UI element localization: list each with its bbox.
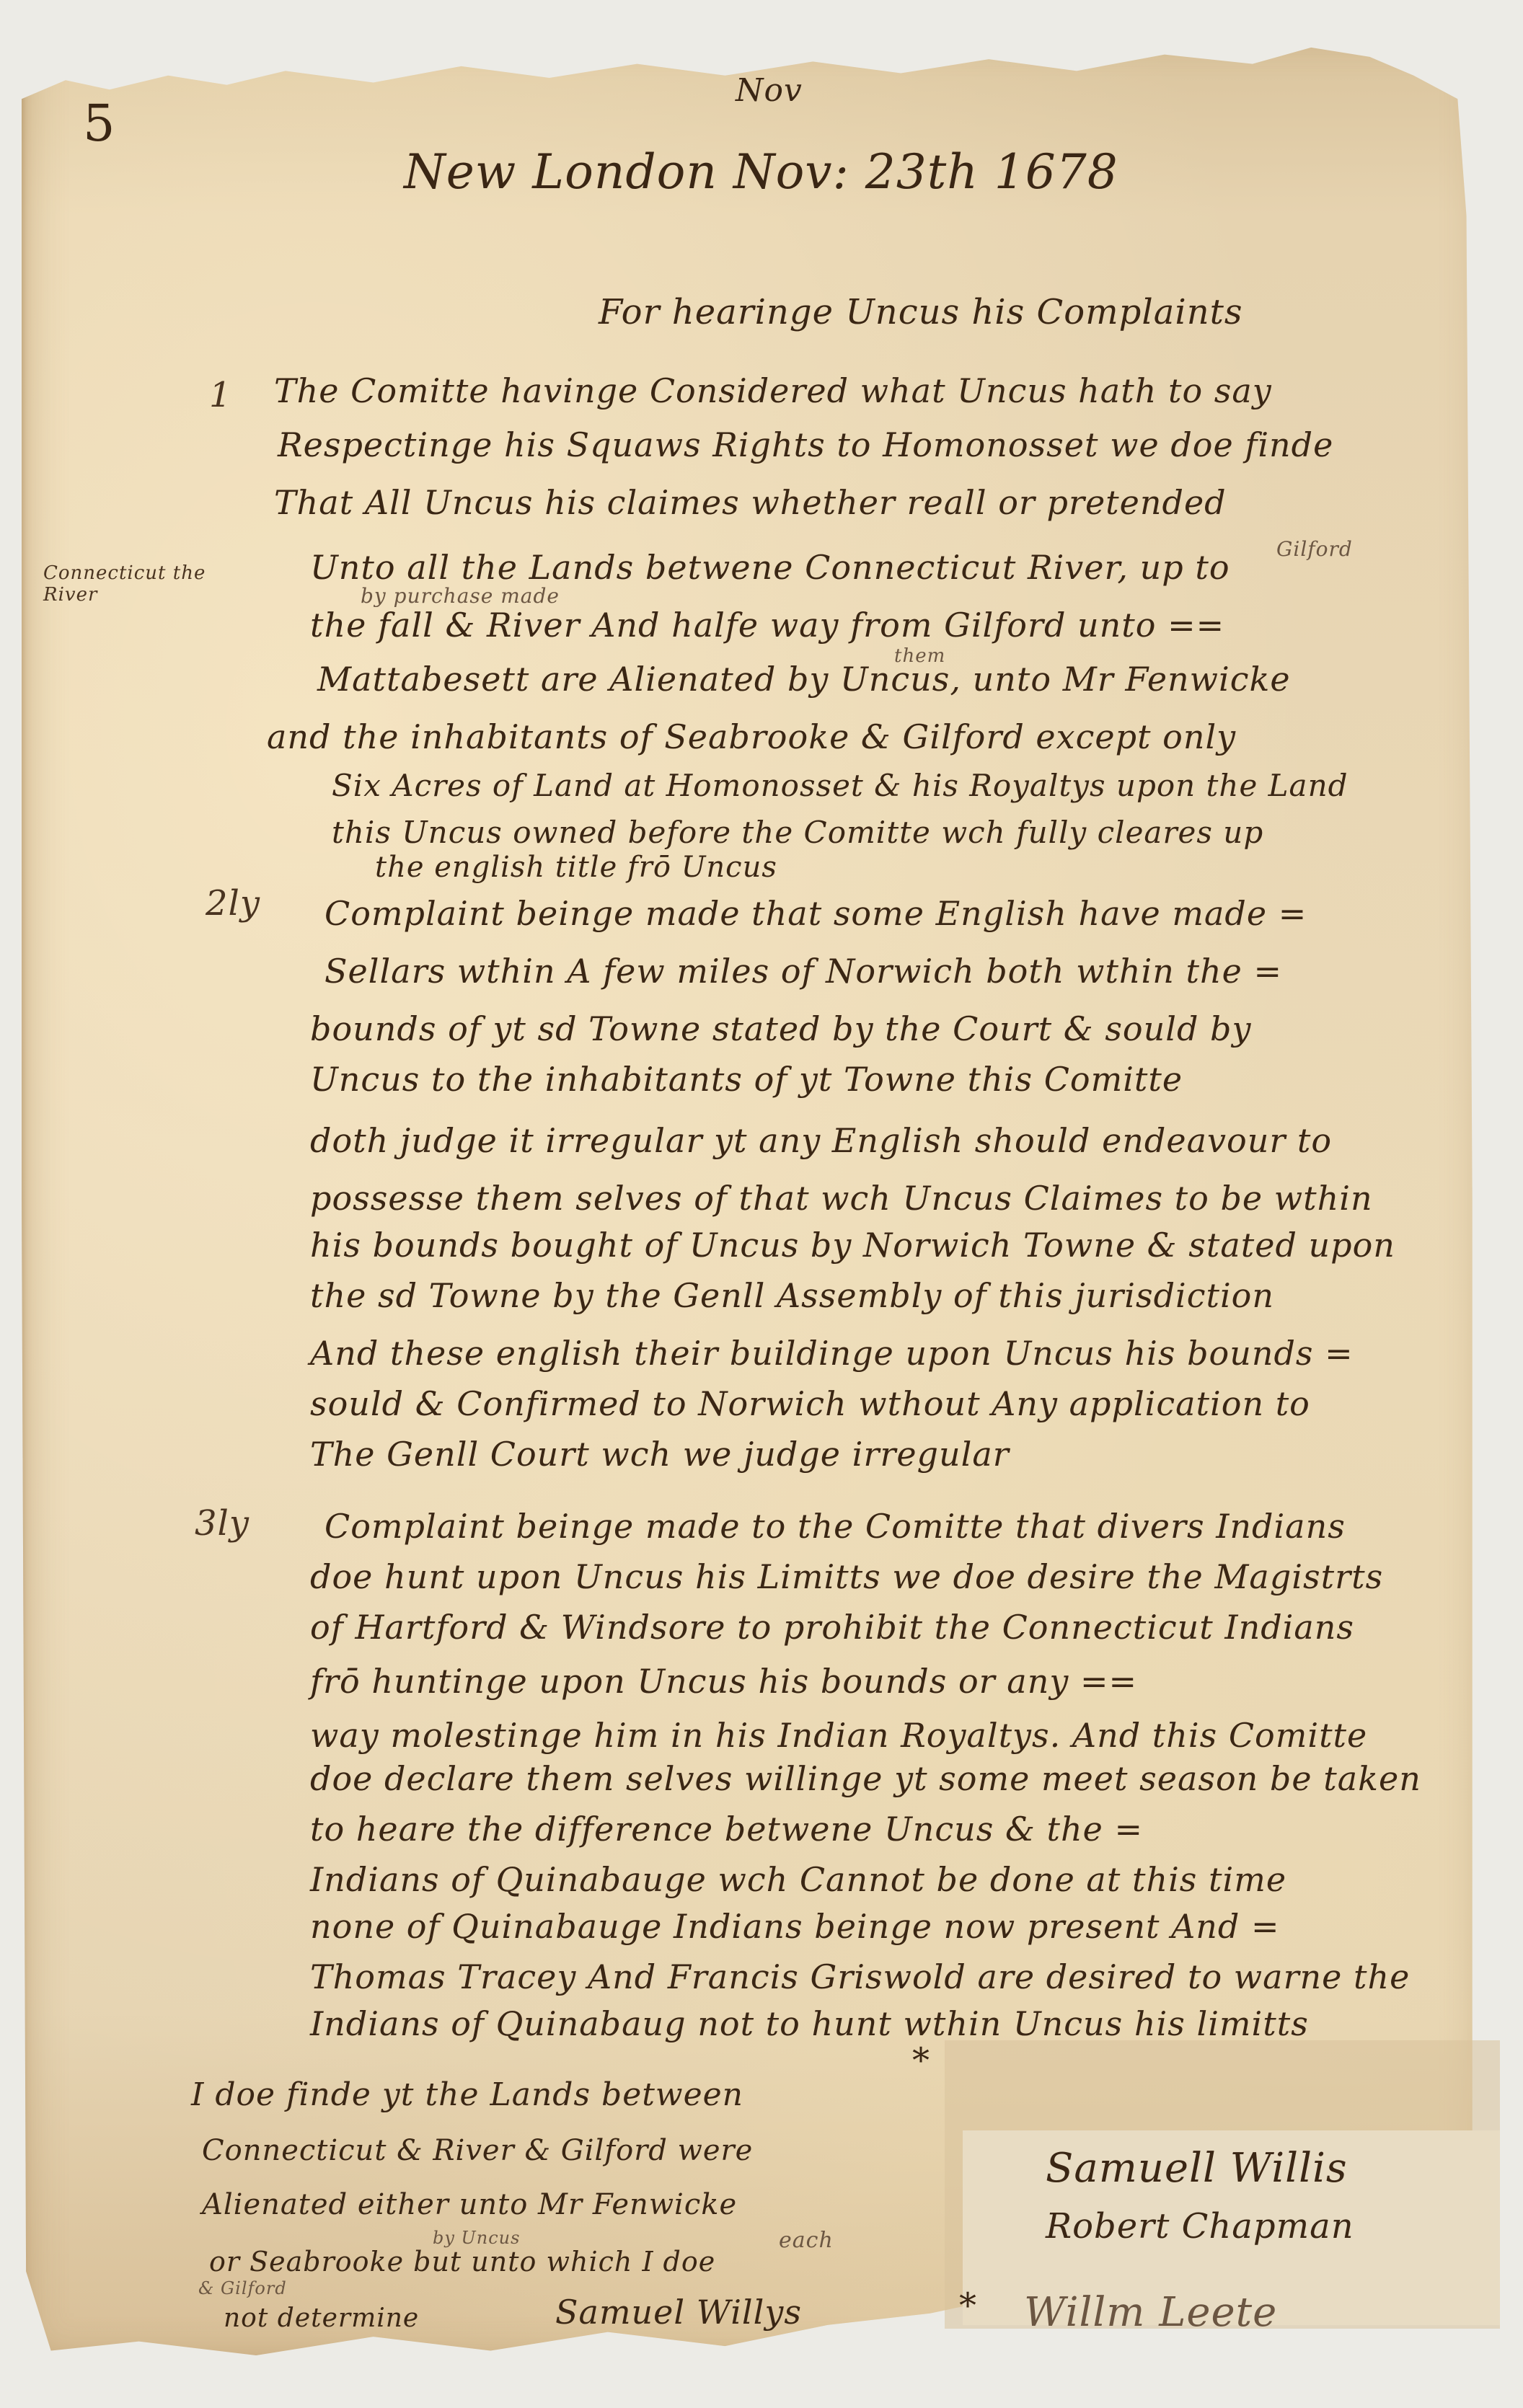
text-line: frō huntinge upon Uncus his bounds or an…: [310, 1662, 1137, 1701]
text-line: That All Uncus his claimes whether reall…: [274, 483, 1227, 522]
text-line: and the inhabitants of Seabrooke & Gilfo…: [267, 717, 1236, 756]
place-date-heading: New London Nov: 23th 1678: [404, 144, 1118, 200]
asterisk-mark: *: [912, 2040, 930, 2081]
addendum-signature: Samuel Willys: [555, 2293, 802, 2332]
text-line: Indians of Quinabaug not to hunt wthin U…: [310, 2004, 1309, 2043]
text-line: Indians of Quinabauge wch Cannot be done…: [310, 1860, 1286, 1899]
section-number: 1: [209, 375, 232, 415]
addendum-line: Alienated either unto Mr Fenwicke: [202, 2188, 737, 2221]
header-insertion: Nov: [736, 72, 803, 109]
text-line: to heare the difference betwene Uncus & …: [310, 1810, 1143, 1849]
section-number: 2ly: [206, 883, 260, 924]
text-line: Six Acres of Land at Homonosset & his Ro…: [332, 768, 1348, 803]
section-number: 3ly: [195, 1503, 250, 1544]
addendum-interlinear: & Gilford: [198, 2278, 287, 2298]
text-line: Unto all the Lands betwene Connecticut R…: [310, 548, 1230, 587]
text-line: doe hunt upon Uncus his Limitts we doe d…: [310, 1557, 1383, 1596]
text-line: Sellars wthin A few miles of Norwich bot…: [325, 952, 1282, 991]
addendum-interlinear: each: [779, 2228, 834, 2253]
text-line: Mattabesett are Alienated by Uncus, unto…: [317, 660, 1291, 699]
text-line: way molestinge him in his Indian Royalty…: [310, 1716, 1367, 1755]
text-line: Uncus to the inhabitants of yt Towne thi…: [310, 1060, 1183, 1099]
text-line: And these english their buildinge upon U…: [310, 1334, 1354, 1373]
addendum-line: I doe finde yt the Lands between: [191, 2076, 743, 2113]
text-line: Complaint beinge made that some English …: [325, 894, 1307, 933]
text-line: the fall & River And halfe way from Gilf…: [310, 606, 1224, 645]
text-line: The Comitte havinge Considered what Uncu…: [274, 371, 1272, 410]
addendum-line: not determine: [224, 2303, 419, 2333]
text-line: of Hartford & Windsore to prohibit the C…: [310, 1608, 1354, 1647]
text-line: the sd Towne by the Genll Assembly of th…: [310, 1276, 1274, 1315]
asterisk-mark: *: [959, 2285, 976, 2326]
text-line: none of Quinabauge Indians beinge now pr…: [310, 1907, 1280, 1946]
text-line: Respectinge his Squaws Rights to Homonos…: [278, 425, 1333, 464]
signature-samuel-willis: Samuell Willis: [1046, 2145, 1348, 2192]
text-line: this Uncus owned before the Comitte wch …: [332, 815, 1263, 850]
text-line: Thomas Tracey And Francis Griswold are d…: [310, 1957, 1410, 1996]
interlinear-note: Gilford: [1276, 537, 1353, 561]
text-line: the english title frō Uncus: [375, 851, 777, 884]
text-line: his bounds bought of Uncus by Norwich To…: [310, 1226, 1395, 1265]
addendum-line: Connecticut & River & Gilford were: [202, 2134, 753, 2167]
text-line: doth judge it irregular yt any English s…: [310, 1121, 1332, 1160]
page-number: 5: [83, 94, 116, 153]
text-line: Complaint beinge made to the Comitte tha…: [325, 1507, 1346, 1546]
text-line: sould & Confirmed to Norwich wthout Any …: [310, 1384, 1310, 1423]
signature-robert-chapman: Robert Chapman: [1046, 2206, 1354, 2247]
signature-william-leete: Willm Leete: [1024, 2289, 1277, 2336]
text-line: The Genll Court wch we judge irregular: [310, 1435, 1010, 1474]
document-title: For hearinge Uncus his Complaints: [599, 292, 1243, 332]
text-line: bounds of yt sd Towne stated by the Cour…: [310, 1009, 1251, 1048]
addendum-interlinear: by Uncus: [433, 2228, 520, 2248]
text-line: possesse them selves of that wch Uncus C…: [310, 1179, 1373, 1218]
text-line: doe declare them selves willinge yt some…: [310, 1759, 1421, 1798]
interlinear-note: by purchase made: [361, 584, 560, 608]
addendum-line: or Seabrooke but unto which I doe: [209, 2246, 715, 2278]
margin-note: Connecticut the River: [43, 562, 231, 606]
